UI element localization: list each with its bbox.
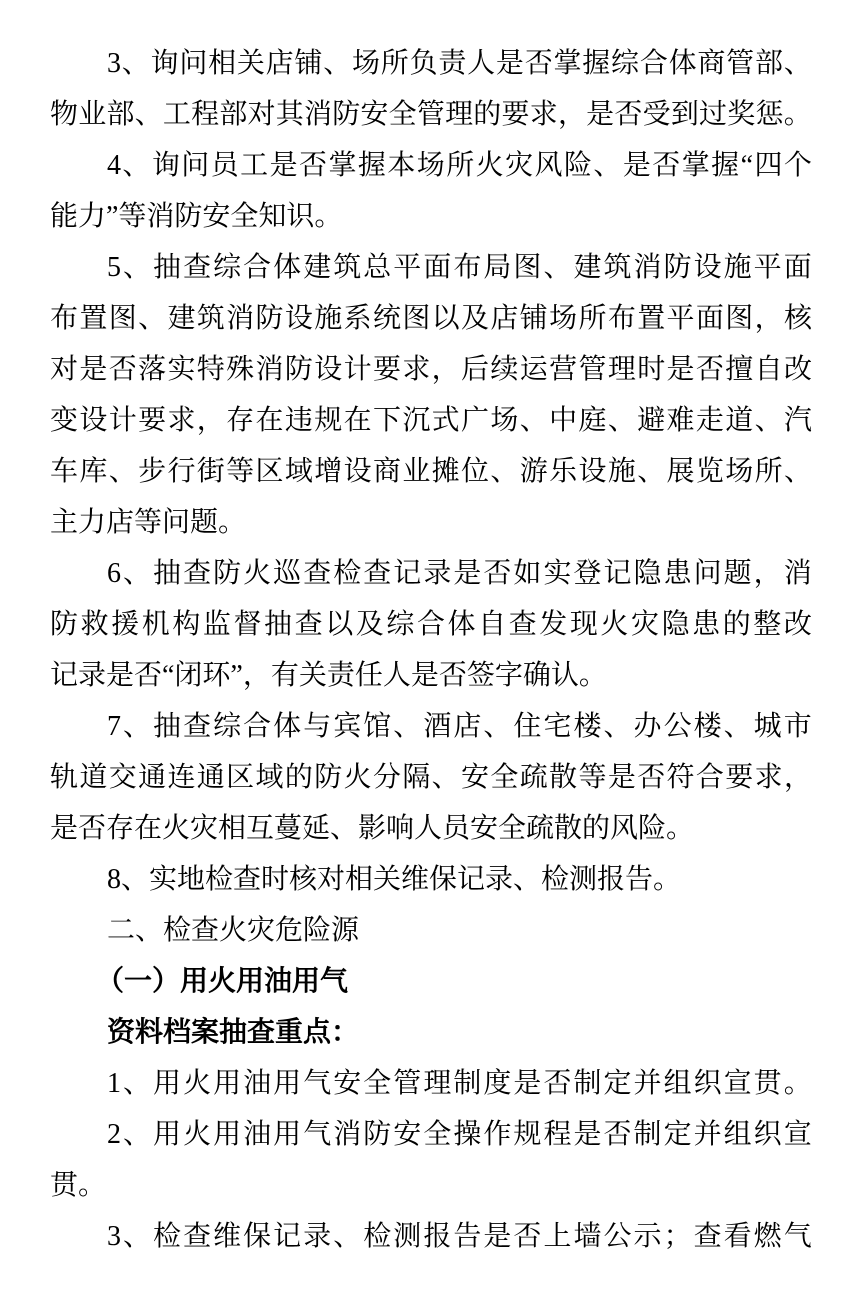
character: 否 [299, 140, 327, 191]
character: 隐 [634, 548, 662, 599]
character: 2 [107, 1109, 121, 1160]
character: 公 [604, 1211, 632, 1262]
character: 沉 [402, 395, 430, 446]
character: 险 [564, 140, 592, 191]
text-line: 二、检查火灾危险源 [50, 905, 812, 956]
character: 置 [79, 293, 107, 344]
character: 制 [573, 1058, 601, 1109]
text-line: 主力店等问题。 [50, 497, 812, 548]
text-line: 车库、步行街等区域增设商业摊位、游乐设施、展览场所、 [50, 446, 812, 497]
character: 织 [754, 1109, 782, 1160]
character: 否 [109, 344, 137, 395]
character: 3 [107, 38, 121, 89]
character: 、 [593, 140, 621, 191]
character: 住 [513, 701, 541, 752]
character: 庭 [578, 395, 606, 446]
character: 中 [549, 395, 577, 446]
character: 铺 [520, 293, 548, 344]
character: 的 [723, 599, 751, 650]
character: 与 [303, 701, 331, 752]
character: 场 [549, 293, 577, 344]
character: 记 [604, 548, 632, 599]
paragraph-item-3: 3、询问相关店铺、场所负责人是否掌握综合体商管部、物业部、工程部对其消防安全管理… [50, 38, 812, 140]
character: 是 [79, 344, 107, 395]
paragraph-subitem-3: 3、检查维保记录、检测报告是否上墙公示；查看燃气 [50, 1211, 812, 1262]
character: 抽 [153, 701, 181, 752]
character: 布 [50, 293, 78, 344]
character: 设 [694, 242, 722, 293]
character: 记 [393, 548, 421, 599]
character: 下 [373, 395, 401, 446]
character: 火 [344, 752, 372, 803]
character: 铺 [294, 38, 322, 89]
character: 通 [138, 752, 166, 803]
character: 消 [634, 242, 662, 293]
character: 自 [755, 344, 783, 395]
character: 组 [724, 1109, 752, 1160]
character: 后 [461, 344, 489, 395]
character: 交 [109, 752, 137, 803]
character: 查 [183, 548, 211, 599]
character: 、 [123, 701, 151, 752]
character: 检 [363, 1211, 391, 1262]
character: 、 [608, 395, 636, 446]
character: 隔 [402, 752, 430, 803]
character: 、 [490, 446, 518, 497]
character: 、 [122, 140, 150, 191]
character: 火 [183, 1109, 211, 1160]
character: 店 [266, 38, 294, 89]
character: 问 [179, 38, 207, 89]
character: 消 [256, 344, 284, 395]
character: 疏 [520, 752, 548, 803]
character: 油 [243, 1109, 271, 1160]
character: 用 [213, 1109, 241, 1160]
character: 工 [163, 89, 191, 140]
character: 街 [197, 446, 225, 497]
paragraph-subitem-1: 1、用火用油用气安全管理制度是否制定并组织宣贯。 [50, 1058, 812, 1109]
character: 在 [256, 395, 284, 446]
character: 游 [520, 446, 548, 497]
subsection-heading-archive-check: 资料档案抽查重点： [50, 1007, 812, 1058]
character: 场 [490, 395, 518, 446]
character: 检 [333, 548, 361, 599]
character: 。 [784, 1058, 812, 1109]
character: 设 [578, 446, 606, 497]
paragraph-item-4: 4、询问员工是否掌握本场所火灾风险、是否掌握“四个能力”等消防安全知识。 [50, 140, 812, 242]
character: 平 [667, 293, 695, 344]
character: 面 [784, 242, 812, 293]
character: 查 [183, 242, 211, 293]
character: 场 [417, 140, 445, 191]
character: 、 [122, 38, 150, 89]
character: 摊 [432, 446, 460, 497]
character: 平 [393, 242, 421, 293]
character: 自 [478, 599, 506, 650]
character: 现 [570, 599, 598, 650]
character: 筑 [333, 242, 361, 293]
character: 宅 [543, 701, 571, 752]
character: 救 [81, 599, 109, 650]
character: 并 [694, 1109, 722, 1160]
character: 业 [78, 89, 106, 140]
character: 隐 [662, 599, 690, 650]
character: 体 [448, 599, 476, 650]
character: 、 [784, 38, 812, 89]
character: 燃 [754, 1211, 782, 1262]
character: 所 [381, 38, 409, 89]
character: 宣 [784, 1109, 812, 1160]
character: 6 [107, 548, 121, 599]
character: 以 [325, 599, 353, 650]
subsection-heading-fire-oil-gas: （一）用火用油用气 [50, 956, 812, 1007]
document-page: 3、询问相关店铺、场所负责人是否掌握综合体商管部、物业部、工程部对其消防安全管理… [0, 0, 861, 1291]
character: 部 [219, 89, 247, 140]
text-line: 贯。 [50, 1160, 812, 1211]
character: 。 [784, 89, 812, 140]
character: 责 [438, 38, 466, 89]
character: 对 [50, 344, 78, 395]
character: 时 [637, 344, 665, 395]
character: 合 [243, 701, 271, 752]
character: 、 [323, 38, 351, 89]
character: 览 [696, 446, 724, 497]
character: 的 [285, 752, 313, 803]
character: 督 [233, 599, 261, 650]
character: 、 [135, 89, 163, 140]
character: 殊 [226, 344, 254, 395]
character: 询 [152, 140, 180, 191]
character: 是 [623, 140, 651, 191]
character: 握 [711, 140, 739, 191]
character: 检 [153, 1211, 181, 1262]
character: 域 [256, 752, 284, 803]
character: 抽 [264, 599, 292, 650]
text-line: （一）用火用油用气 [50, 956, 812, 1007]
character: 消 [226, 293, 254, 344]
text-line: 轨道交通连通区域的防火分隔、安全疏散等是否符合要求， [50, 752, 812, 803]
character: 3 [107, 1211, 121, 1262]
character: 发 [539, 599, 567, 650]
character: 实 [543, 548, 571, 599]
character: 系 [344, 293, 372, 344]
character: 面 [423, 242, 451, 293]
character: ， [755, 293, 783, 344]
character: 城 [754, 701, 782, 752]
character: 气 [784, 1211, 812, 1262]
text-line: 3、检查维保记录、检测报告是否上墙公示；查看燃气 [50, 1211, 812, 1262]
character: 酒 [423, 701, 451, 752]
character: ， [432, 344, 460, 395]
character: 建 [573, 242, 601, 293]
character: 、 [138, 293, 166, 344]
character: 消 [304, 89, 332, 140]
character: 及 [461, 293, 489, 344]
character: 并 [634, 1058, 662, 1109]
text-line: 布置图、建筑消防设施系统图以及店铺场所布置平面图，核 [50, 293, 812, 344]
character: 奖 [727, 89, 755, 140]
character: 综 [213, 701, 241, 752]
character: 理 [608, 344, 636, 395]
character: 面 [696, 293, 724, 344]
character: 合 [243, 242, 271, 293]
character: 其 [276, 89, 304, 140]
character: 部 [106, 89, 134, 140]
character: 防 [213, 548, 241, 599]
text-line: 能力”等消防安全知识。 [50, 191, 812, 242]
character: 图 [109, 293, 137, 344]
character: 防 [50, 599, 78, 650]
character: 本 [387, 140, 415, 191]
character: 改 [784, 344, 812, 395]
character: 是 [608, 752, 636, 803]
character: 筑 [197, 293, 225, 344]
character: 等 [226, 446, 254, 497]
character: 握 [358, 140, 386, 191]
character: 登 [573, 548, 601, 599]
character: 负 [410, 38, 438, 89]
character: 灾 [505, 140, 533, 191]
character: 维 [213, 1211, 241, 1262]
character: 保 [243, 1211, 271, 1262]
character: 运 [520, 344, 548, 395]
character: 7 [107, 701, 121, 752]
character: 患 [664, 548, 692, 599]
character: 全 [363, 1058, 391, 1109]
character: 计 [109, 395, 137, 446]
character: 掌 [682, 140, 710, 191]
character: 式 [432, 395, 460, 446]
character: 防 [314, 752, 342, 803]
character: 设 [314, 344, 342, 395]
character: 置 [637, 293, 665, 344]
character: 要 [502, 89, 530, 140]
text-line: 2、用火用油用气消防安全操作规程是否制定并组织宣 [50, 1109, 812, 1160]
character: 防 [285, 344, 313, 395]
character: 布 [453, 242, 481, 293]
character: 统 [373, 293, 401, 344]
document-body: 3、询问相关店铺、场所负责人是否掌握综合体商管部、物业部、工程部对其消防安全管理… [50, 38, 812, 1262]
character: 援 [111, 599, 139, 650]
text-line: 是否存在火灾相互蔓延、影响人员安全疏散的风险。 [50, 803, 812, 854]
character: 是 [513, 1058, 541, 1109]
character: 问 [694, 548, 722, 599]
character: 是 [270, 140, 298, 191]
character: 擅 [725, 344, 753, 395]
character: 库 [79, 446, 107, 497]
character: 体 [669, 38, 697, 89]
character: 特 [197, 344, 225, 395]
character: 抽 [153, 242, 181, 293]
character: 、 [123, 1058, 151, 1109]
character: 对 [248, 89, 276, 140]
character: 示 [634, 1211, 662, 1262]
character: 、 [604, 701, 632, 752]
character: 用 [273, 1109, 301, 1160]
character: 改 [784, 599, 812, 650]
text-line: 7、抽查综合体与宾馆、酒店、住宅楼、办公楼、城市 [50, 701, 812, 752]
character: 定 [664, 1109, 692, 1160]
character: 所 [446, 140, 474, 191]
character: 上 [543, 1211, 571, 1262]
character: 全 [423, 1109, 451, 1160]
character: 图 [513, 242, 541, 293]
character: 乐 [549, 446, 577, 497]
character: 综 [611, 38, 639, 89]
character: 整 [753, 599, 781, 650]
character: 人 [467, 38, 495, 89]
character: 火 [183, 1058, 211, 1109]
character: 四 [754, 140, 782, 191]
character: 消 [333, 1109, 361, 1160]
character: 难 [667, 395, 695, 446]
character: 全 [389, 89, 417, 140]
character: 是 [483, 1211, 511, 1262]
character: 、 [724, 701, 752, 752]
character: 分 [373, 752, 401, 803]
character: 录 [423, 548, 451, 599]
character: 火 [243, 548, 271, 599]
character: 及 [356, 599, 384, 650]
character: 、 [543, 242, 571, 293]
character: 理 [423, 1058, 451, 1109]
character: 掌 [328, 140, 356, 191]
character: 设 [344, 446, 372, 497]
character: ， [558, 89, 586, 140]
character: 监 [203, 599, 231, 650]
character: 轨 [50, 752, 78, 803]
character: 增 [314, 446, 342, 497]
character: 求 [167, 395, 195, 446]
character: 防 [664, 242, 692, 293]
character: 位 [461, 446, 489, 497]
character: 构 [172, 599, 200, 650]
character: 宣 [724, 1058, 752, 1109]
character: 的 [473, 89, 501, 140]
character: 管 [578, 344, 606, 395]
character: 、 [520, 395, 548, 446]
character: 场 [352, 38, 380, 89]
character: 图 [402, 293, 430, 344]
character: 体 [273, 701, 301, 752]
text-line: 5、抽查综合体建筑总平面布局图、建筑消防设施平面 [50, 242, 812, 293]
character: 气 [303, 1109, 331, 1160]
character: 巡 [273, 548, 301, 599]
character: 、 [123, 1211, 151, 1262]
character: ； [664, 1211, 692, 1262]
character: 汽 [784, 395, 812, 446]
character: 个 [784, 140, 812, 191]
character: 防 [256, 293, 284, 344]
character: 员 [211, 140, 239, 191]
character: 存 [226, 395, 254, 446]
character: 市 [784, 701, 812, 752]
character: 店 [453, 701, 481, 752]
character: 风 [535, 140, 563, 191]
character: 询 [151, 38, 179, 89]
character: 1 [107, 1058, 121, 1109]
character: 广 [461, 395, 489, 446]
character: 区 [256, 446, 284, 497]
character: 物 [50, 89, 78, 140]
character: 火 [600, 599, 628, 650]
character: 是 [586, 89, 614, 140]
character: 求 [402, 344, 430, 395]
character: 办 [634, 701, 662, 752]
character: 用 [213, 1058, 241, 1109]
character: 图 [725, 293, 753, 344]
character: 求 [530, 89, 558, 140]
character: 定 [604, 1058, 632, 1109]
character: 安 [461, 752, 489, 803]
character: 变 [50, 395, 78, 446]
character: 题 [724, 548, 752, 599]
character: 火 [476, 140, 504, 191]
character: 避 [637, 395, 665, 446]
character: 、 [755, 395, 783, 446]
character: 局 [483, 242, 511, 293]
text-line: 对是否落实特殊消防设计要求，后续运营管理时是否擅自改 [50, 344, 812, 395]
character: 到 [671, 89, 699, 140]
character: 连 [167, 752, 195, 803]
character: 管 [417, 89, 445, 140]
character: 否 [614, 89, 642, 140]
character: 商 [697, 38, 725, 89]
character: 查 [303, 548, 331, 599]
character: 操 [453, 1109, 481, 1160]
character: 、 [123, 1109, 151, 1160]
character: 、 [393, 701, 421, 752]
character: 告 [453, 1211, 481, 1262]
character: 区 [226, 752, 254, 803]
character: 场 [725, 446, 753, 497]
character: 测 [393, 1211, 421, 1262]
character: 要 [373, 344, 401, 395]
character: 用 [273, 1058, 301, 1109]
text-line: 1、用火用油用气安全管理制度是否制定并组织宣贯。 [50, 1058, 812, 1109]
paragraph-item-5: 5、抽查综合体建筑总平面布局图、建筑消防设施平面布置图、建筑消防设施系统图以及店… [50, 242, 812, 548]
character: 平 [754, 242, 782, 293]
character: 否 [696, 344, 724, 395]
character: 设 [79, 395, 107, 446]
character: 以 [432, 293, 460, 344]
character: 用 [153, 1058, 181, 1109]
character: 看 [724, 1211, 752, 1262]
character: 营 [549, 344, 577, 395]
character: 否 [637, 752, 665, 803]
character: 商 [373, 446, 401, 497]
text-line: 8、实地检查时核对相关维保记录、检测报告。 [50, 854, 812, 905]
character: 否 [543, 1058, 571, 1109]
character: 程 [543, 1109, 571, 1160]
character: 贯 [754, 1058, 782, 1109]
character: 惩 [755, 89, 783, 140]
character: 度 [483, 1058, 511, 1109]
character: 掌 [553, 38, 581, 89]
text-line: 6、抽查防火巡查检查记录是否如实登记隐患问题，消 [50, 548, 812, 599]
character: 查 [295, 599, 323, 650]
character: 实 [167, 344, 195, 395]
character: 求 [755, 752, 783, 803]
character: 灾 [631, 599, 659, 650]
character: 域 [285, 446, 313, 497]
character: 合 [696, 752, 724, 803]
text-line: 资料档案抽查重点： [50, 1007, 812, 1058]
character: 道 [79, 752, 107, 803]
section-heading-2: 二、检查火灾危险源 [50, 905, 812, 956]
character: 通 [197, 752, 225, 803]
character: 宾 [333, 701, 361, 752]
